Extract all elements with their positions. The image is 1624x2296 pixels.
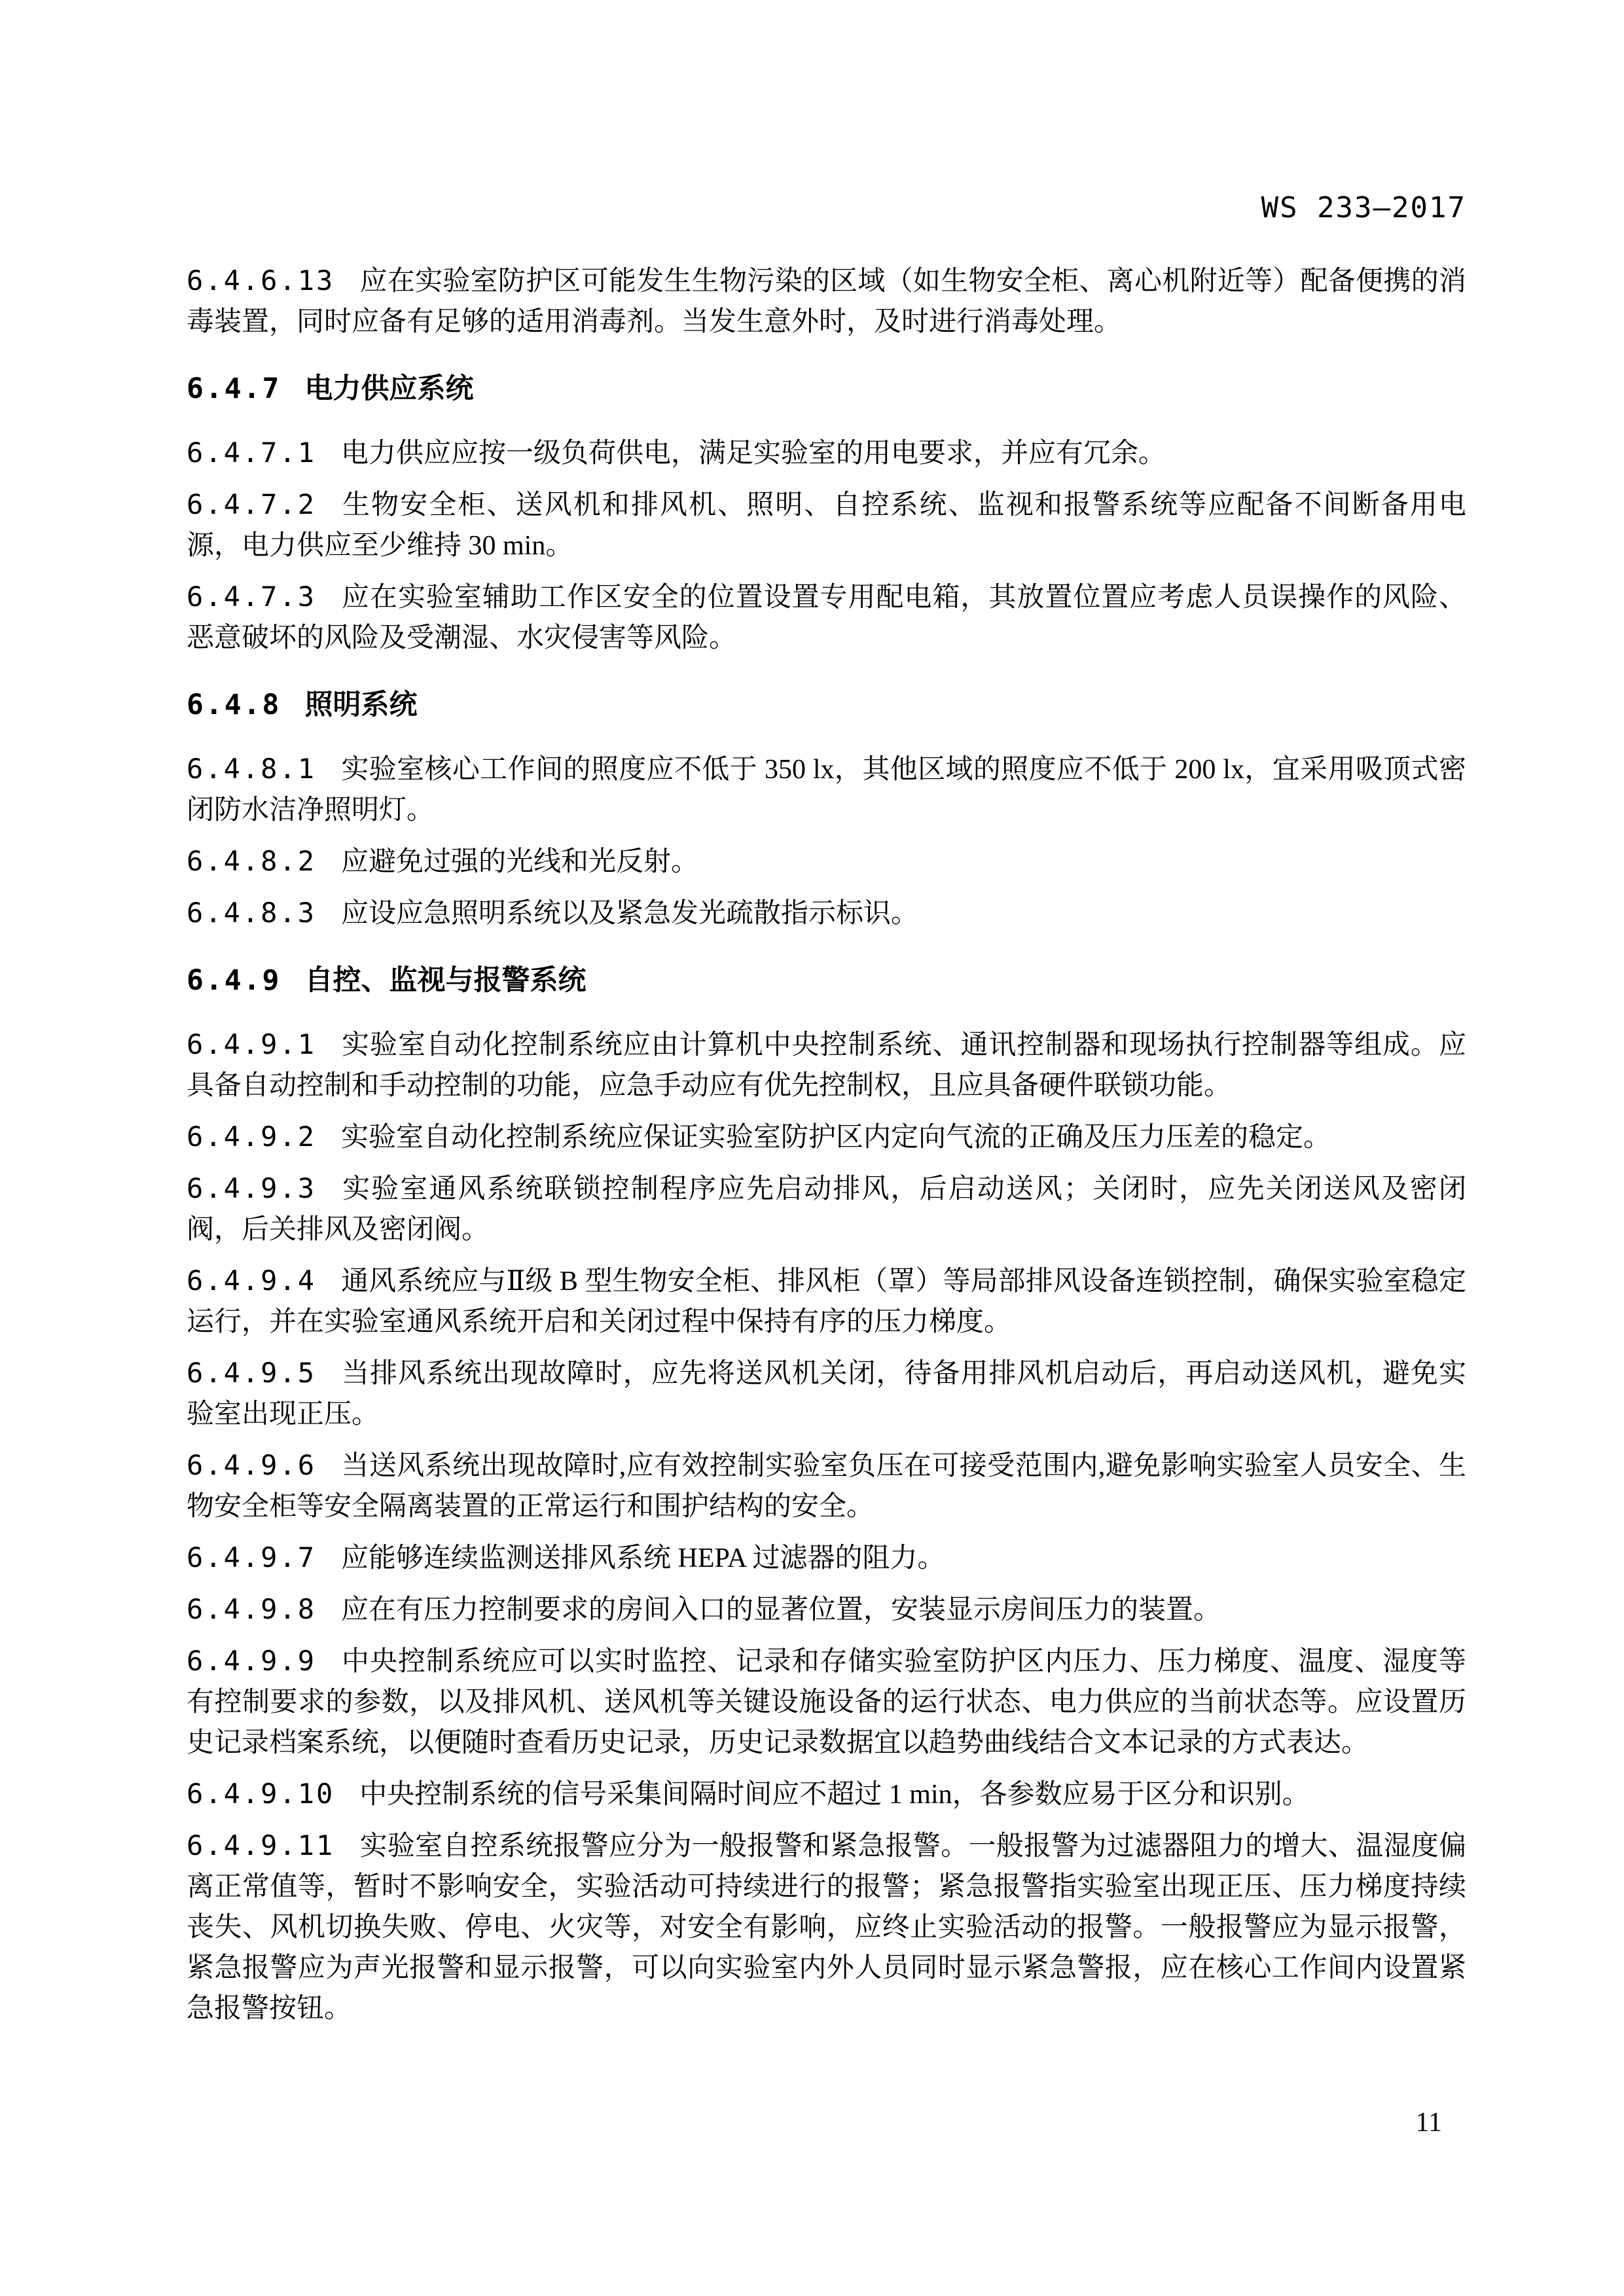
clause-text: 中央控制系统应可以实时监控、记录和存储实验室防护区内压力、压力梯度、温度、湿度等…	[187, 1647, 1466, 1758]
clause-text: 实验室自动化控制系统应由计算机中央控制系统、通讯控制器和现场执行控制器等组成。应…	[187, 1030, 1466, 1101]
clause: 6.4.8.3应设应急照明系统以及紧急发光疏散指示标识。	[187, 893, 1466, 934]
section-heading: 6.4.8照明系统	[187, 685, 1466, 725]
clause-text: 实验室核心工作间的照度应不低于 350 lx，其他区域的照度应不低于 200 l…	[187, 755, 1466, 825]
clause: 6.4.9.10中央控制系统的信号采集间隔时间应不超过 1 min，各参数应易于…	[187, 1774, 1466, 1815]
clause: 6.4.9.5当排风系统出现故障时，应先将送风机关闭，待备用排风机启动后，再启动…	[187, 1353, 1466, 1435]
heading-number: 6.4.9	[187, 964, 281, 997]
clause: 6.4.9.7应能够连续监测送排风系统 HEPA 过滤器的阻力。	[187, 1537, 1466, 1579]
clause-number: 6.4.9.6	[187, 1449, 316, 1481]
clause-number: 6.4.9.11	[187, 1829, 334, 1861]
clause: 6.4.9.6当送风系统出现故障时,应有效控制实验室负压在可接受范围内,避免影响…	[187, 1445, 1466, 1527]
doc-number: WS 233—2017	[187, 191, 1466, 225]
clause-text: 应能够连续监测送排风系统 HEPA 过滤器的阻力。	[341, 1543, 945, 1573]
clause-number: 6.4.9.9	[187, 1645, 316, 1677]
clause-text: 实验室自动化控制系统应保证实验室防护区内定向气流的正确及压力压差的稳定。	[341, 1122, 1331, 1153]
clause: 6.4.7.2生物安全柜、送风机和排风机、照明、自控系统、监视和报警系统等应配备…	[187, 484, 1466, 566]
clause: 6.4.9.3实验室通风系统联锁控制程序应先启动排风，后启动送风；关闭时，应先关…	[187, 1168, 1466, 1250]
heading-number: 6.4.8	[187, 689, 281, 721]
document-body: 6.4.6.13应在实验室防护区可能发生生物污染的区域（如生物安全柜、离心机附近…	[187, 260, 1466, 2029]
clause-text: 应在实验室防护区可能发生生物污染的区域（如生物安全柜、离心机附近等）配备便携的消…	[187, 266, 1466, 337]
clause: 6.4.9.2实验室自动化控制系统应保证实验室防护区内定向气流的正确及压力压差的…	[187, 1117, 1466, 1158]
clause-text: 应设应急照明系统以及紧急发光疏散指示标识。	[341, 899, 918, 929]
clause-number: 6.4.9.3	[187, 1172, 316, 1204]
page: WS 233—2017 6.4.6.13应在实验室防护区可能发生生物污染的区域（…	[0, 0, 1624, 2296]
clause-number: 6.4.9.7	[187, 1541, 316, 1573]
heading-number: 6.4.7	[187, 372, 281, 405]
clause-number: 6.4.9.8	[187, 1593, 316, 1625]
clause-text: 应在实验室辅助工作区安全的位置设置专用配电箱，其放置位置应考虑人员误操作的风险、…	[187, 583, 1466, 653]
clause-number: 6.4.7.1	[187, 437, 316, 469]
clause: 6.4.8.1实验室核心工作间的照度应不低于 350 lx，其他区域的照度应不低…	[187, 749, 1466, 831]
clause-text: 生物安全柜、送风机和排风机、照明、自控系统、监视和报警系统等应配备不间断备用电源…	[187, 490, 1466, 561]
clause-number: 6.4.8.3	[187, 897, 316, 929]
clause: 6.4.9.11实验室自控系统报警应分为一般报警和紧急报警。一般报警为过滤器阻力…	[187, 1825, 1466, 2029]
clause: 6.4.9.8应在有压力控制要求的房间入口的显著位置，安装显示房间压力的装置。	[187, 1589, 1466, 1630]
clause-number: 6.4.9.2	[187, 1121, 316, 1153]
clause: 6.4.9.1实验室自动化控制系统应由计算机中央控制系统、通讯控制器和现场执行控…	[187, 1024, 1466, 1106]
clause-number: 6.4.8.2	[187, 845, 316, 877]
clause-number: 6.4.9.4	[187, 1265, 316, 1297]
clause: 6.4.9.9中央控制系统应可以实时监控、记录和存储实验室防护区内压力、压力梯度…	[187, 1641, 1466, 1763]
clause-number: 6.4.9.10	[187, 1778, 334, 1810]
clause-text: 电力供应应按一级负荷供电，满足实验室的用电要求，并应有冗余。	[341, 439, 1166, 469]
clause-text: 应在有压力控制要求的房间入口的显著位置，安装显示房间压力的装置。	[341, 1595, 1221, 1625]
document-content: WS 233—2017 6.4.6.13应在实验室防护区可能发生生物污染的区域（…	[187, 191, 1466, 2039]
clause-text: 中央控制系统的信号采集间隔时间应不超过 1 min，各参数应易于区分和识别。	[359, 1780, 1309, 1810]
heading-title: 自控、监视与报警系统	[304, 965, 586, 996]
clause-text: 当送风系统出现故障时,应有效控制实验室负压在可接受范围内,避免影响实验室人员安全…	[187, 1451, 1466, 1522]
heading-title: 照明系统	[304, 689, 417, 721]
clause: 6.4.6.13应在实验室防护区可能发生生物污染的区域（如生物安全柜、离心机附近…	[187, 260, 1466, 342]
heading-title: 电力供应系统	[304, 373, 473, 404]
clause: 6.4.9.4通风系统应与Ⅱ级 B 型生物安全柜、排风柜（罩）等局部排风设备连锁…	[187, 1261, 1466, 1342]
clause-number: 6.4.9.5	[187, 1357, 316, 1389]
clause: 6.4.7.3应在实验室辅助工作区安全的位置设置专用配电箱，其放置位置应考虑人员…	[187, 577, 1466, 658]
clause-number: 6.4.9.1	[187, 1028, 316, 1060]
section-heading: 6.4.7电力供应系统	[187, 368, 1466, 409]
clause-text: 实验室通风系统联锁控制程序应先启动排风，后启动送风；关闭时，应先关闭送风及密闭阀…	[187, 1174, 1466, 1245]
clause-number: 6.4.7.2	[187, 488, 316, 520]
clause: 6.4.8.2应避免过强的光线和光反射。	[187, 841, 1466, 882]
clause-text: 应避免过强的光线和光反射。	[341, 847, 698, 877]
page-number: 11	[1416, 2106, 1442, 2139]
clause-text: 实验室自控系统报警应分为一般报警和紧急报警。一般报警为过滤器阻力的增大、温湿度偏…	[187, 1831, 1466, 2024]
clause-text: 通风系统应与Ⅱ级 B 型生物安全柜、排风柜（罩）等局部排风设备连锁控制，确保实验…	[187, 1266, 1466, 1337]
clause-number: 6.4.6.13	[187, 264, 334, 296]
clause: 6.4.7.1电力供应应按一级负荷供电，满足实验室的用电要求，并应有冗余。	[187, 433, 1466, 474]
clause-number: 6.4.8.1	[187, 753, 316, 785]
clause-text: 当排风系统出现故障时，应先将送风机关闭，待备用排风机启动后，再启动送风机，避免实…	[187, 1359, 1466, 1429]
clause-number: 6.4.7.3	[187, 581, 316, 613]
section-heading: 6.4.9自控、监视与报警系统	[187, 960, 1466, 1001]
